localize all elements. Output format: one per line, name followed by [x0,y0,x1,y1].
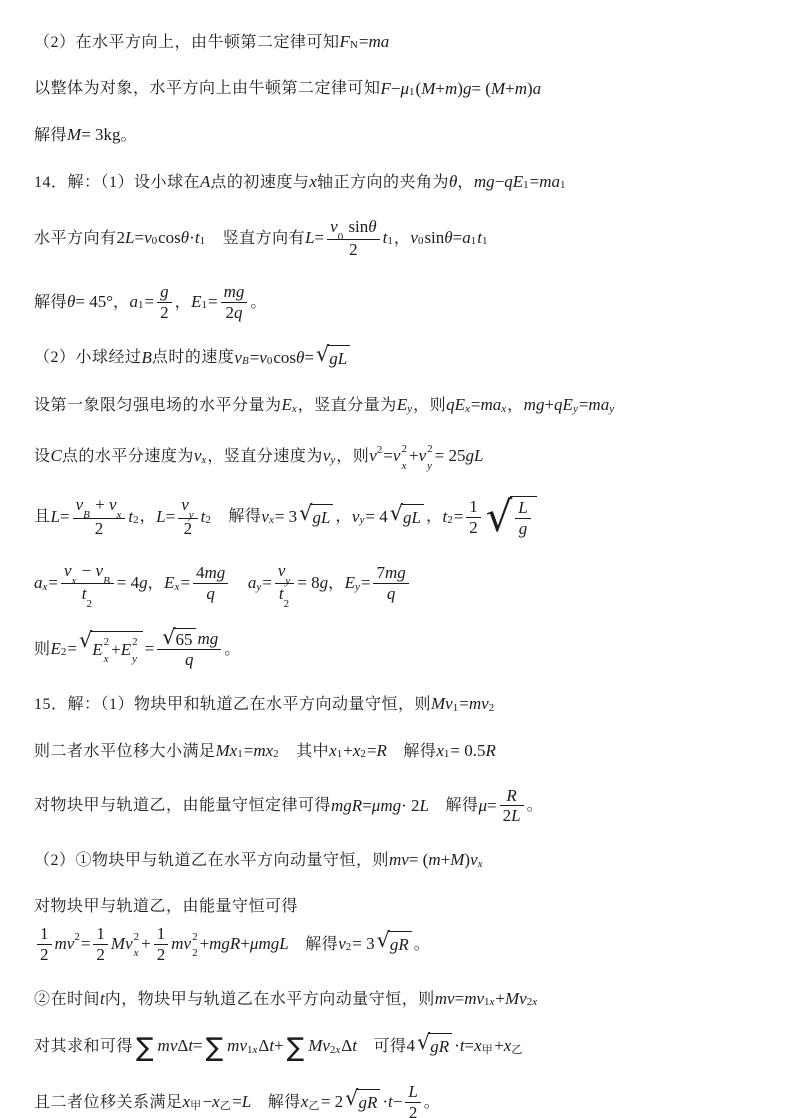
math-italic: v [181,495,189,514]
math-italic: L [408,1082,417,1101]
radicand: Lg [510,496,536,539]
math-fraction: 12 [154,924,169,965]
math-roman: 2 [360,748,366,760]
math-roman: 0 [418,235,424,247]
math-italic: g [463,77,472,102]
math-subscript: y [330,453,335,469]
math-roman: = [250,346,260,371]
radicand: gL [310,504,333,531]
radicand: gR [356,1089,380,1116]
math-italic: mx [253,739,273,764]
text-run: 对物块甲与轨道乙，由能量守恒可得 [34,895,298,918]
math-subscript: 0 [152,234,158,250]
math-italic: L [242,1090,251,1115]
math-fraction: R2L [500,786,524,827]
math-italic: ma [588,393,609,418]
math-subscript: 2x [527,995,537,1011]
math-summation-sign: ∑ [287,1038,305,1059]
text-run: ， [113,291,130,314]
math-roman: 2 [273,748,279,760]
math-italic: mg [198,629,219,648]
math-italic: R [376,739,386,764]
math-subscript: 乙 [220,1099,232,1115]
math-italic: x [72,575,77,587]
text-run: 点的初速度与 [210,171,309,194]
math-sqrt: √Lg [486,496,537,539]
math-italic: x [474,1034,482,1059]
text-run: 解得 [429,794,479,817]
math-supsub: 2y [132,633,138,667]
math-fraction: v0 sinθ2 [327,217,380,260]
math-italic: y [609,403,614,415]
math-italic: μmgL [250,932,289,957]
math-roman: 0 [152,235,158,247]
math-fraction: 12 [93,924,108,965]
math-italic: q [234,303,243,322]
fraction-denominator: 2 [157,302,172,323]
math-italic: v [330,217,338,236]
fraction-denominator: q [193,583,228,604]
math-italic: E [345,571,355,596]
math-italic: x [201,454,206,466]
math-subscript: B [103,575,110,587]
math-summation-sign: ∑ [136,1038,154,1059]
math-roman: − [77,561,95,580]
text-run: 。 [250,291,267,314]
math-subscript: 1 [200,234,206,250]
math-roman: = 8 [297,571,319,596]
math-italic: a [130,290,139,315]
fraction-denominator: 2 [154,944,169,965]
fraction-numerator: R [500,786,524,806]
math-roman: 2 [377,444,383,456]
text-run: ， [426,505,443,528]
math-italic: v [234,346,242,371]
fraction-denominator: g [515,518,530,539]
math-roman: = 25 [435,444,466,469]
math-italic: E [191,290,201,315]
text-run: 对其求和可得 [34,1035,133,1058]
text-run: ， [507,394,524,417]
math-sqrt: √gL [316,345,350,372]
math-italic: x [117,509,122,521]
math-roman: 2 [349,240,358,259]
math-roman: + [495,987,505,1012]
math-roman: = [145,637,155,662]
math-subscript: 2 [61,645,67,661]
math-subscript: 1 [471,234,477,250]
fraction-numerator: L [405,1082,420,1102]
text-run: ， [335,505,352,528]
math-roman: Δ [258,1034,269,1059]
math-sqrt: √gL [299,504,333,531]
text-run: ， [328,572,345,595]
math-roman: 2 [61,646,67,658]
math-roman: = [60,505,70,530]
math-sub-part: y [132,650,138,667]
math-subscript: 1 [337,747,343,763]
math-fraction: vB + vx2 [73,495,126,538]
math-subscript: x [43,580,48,596]
math-roman: = 45° [75,290,113,315]
math-sub-part: x [401,457,407,474]
math-italic: θ [296,346,304,371]
math-italic: L [420,794,429,819]
text-run: 14．解：（1）设小球在 [34,171,200,194]
text-run: 设 [34,445,51,468]
math-subscript: y [189,509,194,521]
fraction-numerator: 1 [466,497,481,517]
math-subscript: 2 [273,747,279,763]
math-italic: y [132,653,137,665]
math-fraction: g2 [157,282,172,323]
math-roman: · 2 [401,794,419,819]
math-subscript: B [83,509,90,521]
math-italic: y [427,460,432,472]
fraction-denominator: 2 [327,239,380,260]
math-italic: v [369,444,377,469]
math-subscript: 1 [202,298,208,314]
document-line: 且L = vB + vx2t2， L = vy2t2 解得vx = 3√gL， … [34,495,776,538]
math-subscript: 1 [560,178,566,194]
math-italic: x [532,996,537,1008]
text-run: ， [394,227,411,250]
math-roman: = 3 [352,932,374,957]
math-roman: 2 [284,598,290,610]
math-subscript: 乙 [308,1099,320,1115]
math-subscript: B [242,354,249,370]
math-subscript: x [72,575,77,587]
fraction-numerator: vy [178,495,197,517]
text-run: 水平方向有 [34,227,117,250]
text-run: 15．解：（1）物块甲和轨道乙在水平方向动量守恒，则 [34,693,431,716]
math-italic: mv [464,987,484,1012]
math-roman: + [435,77,445,102]
math-italic: E [51,637,61,662]
math-roman: 2 [96,945,105,964]
math-italic: m [445,77,457,102]
math-subscript: 1 [482,234,488,250]
math-subscript: x [478,857,483,873]
math-subscript: 1 [409,85,415,101]
math-italic: ma [368,30,389,55]
math-italic: mg [474,170,495,195]
math-italic: x [175,581,180,593]
math-italic: Mv [505,987,527,1012]
math-sup-part: 2 [401,440,407,457]
math-roman: + [91,495,109,514]
text-run: ，则 [336,445,369,468]
math-roman: 1 [482,235,488,247]
math-sup-part: 2 [104,633,110,650]
math-roman: 2 [409,1103,418,1118]
math-subscript: 1x [247,1043,257,1059]
math-roman: 1 [387,235,393,247]
fraction-denominator: 2 [37,944,52,965]
document-line: 则E2 = √E2x + E2y = √65mgq。 [34,628,776,670]
math-italic: qE [446,393,465,418]
math-roman: = [232,1090,242,1115]
math-roman: = [459,692,469,717]
fraction-numerator: 4mg [193,563,228,583]
math-sup-part: 2 [427,440,433,457]
math-roman: 1 [409,86,415,98]
math-italic: θ [368,217,376,236]
text-run: 内，物块甲与轨道乙在水平方向动量守恒，则 [105,988,435,1011]
document-line: 解得M = 3kg。 [34,123,776,148]
math-roman: = [383,444,393,469]
math-italic: Mv [431,692,453,717]
math-italic: y [407,403,412,415]
fraction-numerator: 1 [37,924,52,944]
math-roman: = [362,794,372,819]
math-roman: sin [424,226,444,251]
text-run: 解得 [212,505,262,528]
math-roman: = ( [409,848,429,873]
document-line: 对物块甲与轨道乙，由能量守恒定律可得mgR = μmg · 2L 解得μ = R… [34,786,776,827]
math-sqrt: √gR [345,1089,380,1116]
math-fraction: vx − vBt2 [61,561,114,607]
math-italic: Mv [308,1034,330,1059]
document-line: （2）小球经过 B 点时的速度vB = v0cosθ = √gL [34,345,776,372]
math-italic: v [261,505,269,530]
math-roman: = [48,571,58,596]
math-roman: = [193,1034,203,1059]
math-italic: R [486,739,496,764]
math-roman: 2 [134,931,140,943]
math-italic: x [292,403,297,415]
math-fraction: 12 [37,924,52,965]
document-line: 且二者位移关系满足x甲 − x乙 = L 解得x乙 = 2√gR · t − L… [34,1082,776,1118]
math-italic: y [189,509,194,521]
math-italic: q [206,584,215,603]
document-line: 设 C 点的水平分速度为vx，竖直分速度为vy，则v2 = v2x + v2y … [34,440,776,474]
math-italic: v [144,226,152,251]
math-roman: = [81,932,91,957]
math-subscript: 1 [444,747,450,763]
text-run: （2）在水平方向上，由牛顿第二定律可知 [34,31,340,54]
math-subscript: y [573,402,578,418]
document-line: 12mv2 = 12Mv2x + 12mv22 + mgR + μmgL 解得v… [34,924,776,965]
math-subscript: 甲 [482,1043,494,1059]
math-roman: 7 [376,563,385,582]
text-run: ，竖直分量为 [298,394,397,417]
math-italic: v [419,444,427,469]
math-roman: − [391,77,401,102]
math-sub-part: y [427,457,433,474]
math-fraction: √65mgq [157,628,221,670]
math-italic: mg [205,563,226,582]
math-superscript: 2 [74,930,80,946]
math-roman: 1 [138,299,144,311]
math-italic: x [134,947,139,959]
math-italic: θ [181,226,189,251]
math-superscript: 2 [377,443,383,459]
math-subscript: x [117,509,122,521]
math-subscript: y [609,402,614,418]
text-run: 其中 [280,740,330,763]
text-run: （2）小球经过 [34,346,142,369]
radicand: gR [388,931,412,958]
math-italic: L [511,806,520,825]
math-roman: = ( [471,77,491,102]
math-italic: mgR [331,794,362,819]
math-italic: a [533,77,542,102]
math-roman: = [487,794,497,819]
document-line: ax = vx − vBt2 = 4g， Ex = 4mgq ay = vyt2… [34,561,776,607]
math-sqrt: √gR [377,931,412,958]
math-roman: 2 [346,941,352,953]
math-italic: mv [435,987,455,1012]
math-italic: y [330,454,335,466]
math-roman: 2 [226,303,235,322]
text-run: 甲 [190,1100,202,1112]
math-italic: B [103,575,110,587]
math-sup-part: 2 [132,633,138,650]
fraction-denominator: q [373,583,408,604]
math-roman: Δ [341,1034,352,1059]
math-roman: = [67,637,77,662]
radicand: gL [401,504,424,531]
math-roman: 4 [406,1034,415,1059]
math-subscript: 2 [284,598,290,610]
text-run: 对物块甲与轨道乙，由能量守恒定律可得 [34,794,331,817]
fraction-numerator: √65mg [157,628,221,649]
radicand: 65 [174,628,196,649]
fraction-denominator: 2 [93,944,108,965]
fraction-numerator: mg [221,282,248,302]
math-roman: 1 [157,924,166,943]
math-italic: M [67,123,81,148]
math-roman: + [544,393,554,418]
math-subscript: 乙 [511,1043,523,1059]
math-italic: gL [465,444,483,469]
text-run: 乙 [308,1100,320,1112]
math-italic: v [96,561,104,580]
document-line: ②在时间 t 内，物块甲与轨道乙在水平方向动量守恒，则mv = mv1x + M… [34,987,776,1012]
math-subscript: y [256,580,261,596]
text-run: 解得 [289,933,339,956]
math-roman: = [455,987,465,1012]
math-italic: gL [403,506,421,531]
math-italic: mv [227,1034,247,1059]
math-supsub: 2x [104,633,110,667]
math-italic: mv [171,932,191,957]
math-subscript: 1 [387,234,393,250]
fraction-denominator: 2 [405,1102,420,1118]
math-roman: = 4 [117,571,139,596]
math-subscript: 0 [267,354,273,370]
math-italic: x [504,1034,512,1059]
math-italic: y [256,581,261,593]
text-run: 解得 [251,1091,301,1114]
math-roman: 1 [237,748,243,760]
radical-sign-icon: √ [486,496,513,539]
math-roman: 1 [453,702,459,714]
document-line: （2）①物块甲与轨道乙在水平方向动量守恒，则mv = (m + M)vx [34,848,776,873]
math-sqrt: √gL [390,504,424,531]
math-fraction: vy2 [178,495,197,538]
text-run: ， [148,572,165,595]
radicand: gL [327,345,350,372]
math-roman: = [579,393,589,418]
math-italic: x [490,996,495,1008]
math-italic: mv [389,848,409,873]
fraction-denominator: q [157,649,221,670]
text-run: 乙 [511,1044,523,1056]
math-italic: gL [312,506,330,531]
text-run: 点的水平分速度为 [62,445,194,468]
math-roman: = 3 [275,505,297,530]
math-roman: + [441,848,451,873]
math-roman: 2 [117,226,126,251]
text-run: 。 [424,1091,441,1114]
math-italic: v [64,561,72,580]
math-summation-sign: ∑ [206,1038,224,1059]
text-run: ，竖直分速度为 [207,445,323,468]
text-run: ， [457,171,474,194]
math-italic: M [491,77,505,102]
text-run: 。 [527,794,544,817]
text-run: 以整体为对象，水平方向上由牛顿第二定律可知 [34,77,381,100]
math-subscript: 2 [489,701,495,717]
math-roman: 2 [132,636,138,648]
math-roman: + [274,1034,284,1059]
math-sqrt: √gR [417,1033,452,1060]
text-run: 解得 [387,740,437,763]
math-italic: x [43,581,48,593]
math-italic: Mv [111,932,133,957]
document-line: 解得θ = 45°， a1 = g2， E1 = mg2q。 [34,282,776,323]
math-roman: + [200,932,210,957]
fraction-numerator: L [515,498,530,518]
math-italic: F [340,30,350,55]
document-line: 对其求和可得∑mvΔt = ∑mv1xΔt + ∑Mv2xΔt 可得4√gR ·… [34,1033,776,1060]
math-roman: 2 [74,931,80,943]
document-line: （2）在水平方向上，由牛顿第二定律可知FN = ma [34,30,776,55]
text-run: 竖直方向有 [206,227,305,250]
math-italic: x [465,403,470,415]
radicand: gR [428,1033,452,1060]
math-italic: L [156,505,165,530]
math-roman: 2 [192,931,198,943]
math-italic: g [519,519,528,538]
math-subscript: 1 [523,178,529,194]
fraction-numerator: 7mg [373,563,408,583]
math-roman: 65 [176,630,193,649]
math-italic: B [242,355,249,367]
math-roman: − [495,170,505,195]
math-italic: x [401,460,406,472]
math-italic: y [355,581,360,593]
math-italic: μ [479,794,488,819]
math-italic: x [501,403,506,415]
math-roman: 2 [157,945,166,964]
math-roman: 2 [160,303,169,322]
math-roman: = [134,226,144,251]
math-supsub: 2x [401,440,407,474]
fraction-denominator: 2 [466,517,481,538]
fraction-numerator: 1 [154,924,169,944]
math-roman: 2 [184,519,193,538]
math-italic: mg [385,563,406,582]
math-italic: x [309,170,317,195]
math-roman: 1 [40,924,49,943]
math-italic: m [515,77,527,102]
text-run: 可得 [357,1035,407,1058]
math-italic: x [104,653,109,665]
math-italic: x [335,1044,340,1056]
